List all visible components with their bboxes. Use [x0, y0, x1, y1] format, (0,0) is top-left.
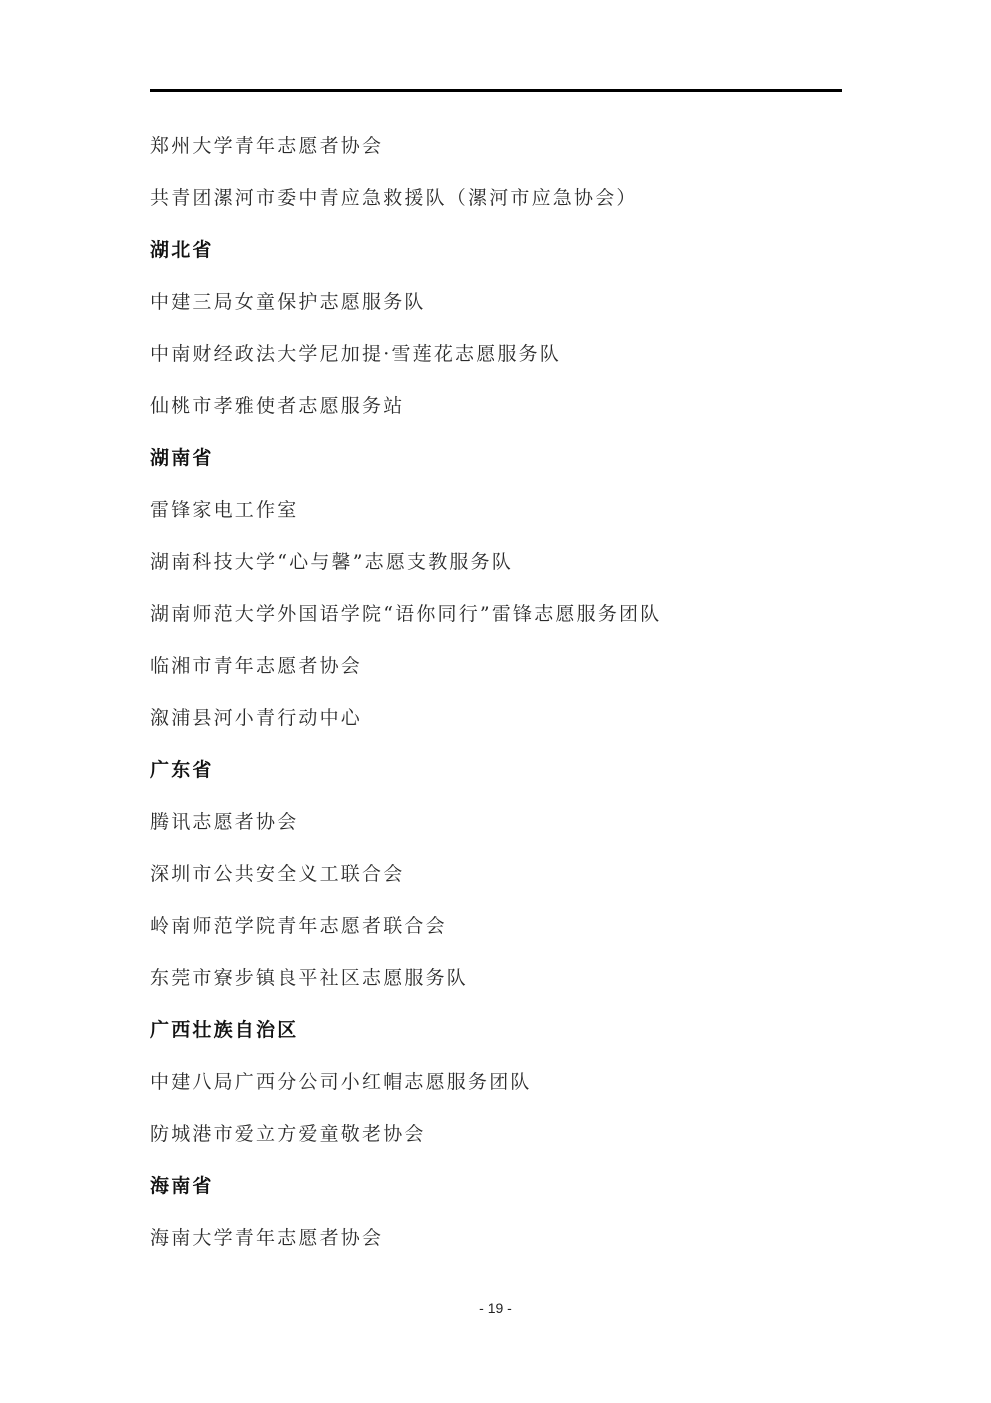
list-item: 深圳市公共安全义工联合会 [150, 848, 850, 900]
list-item: 溆浦县河小青行动中心 [150, 692, 850, 744]
list-item: 海南大学青年志愿者协会 [150, 1212, 850, 1264]
list-item: 湖南师范大学外国语学院“语你同行”雷锋志愿服务团队 [150, 588, 850, 640]
list-item: 中南财经政法大学尼加提·雪莲花志愿服务队 [150, 328, 850, 380]
list-item: 腾讯志愿者协会 [150, 796, 850, 848]
province-heading: 广西壮族自治区 [150, 1004, 850, 1056]
list-item: 共青团漯河市委中青应急救援队（漯河市应急协会） [150, 172, 850, 224]
list-item: 中建八局广西分公司小红帽志愿服务团队 [150, 1056, 850, 1108]
list-item: 湖南科技大学“心与馨”志愿支教服务队 [150, 536, 850, 588]
province-heading: 湖南省 [150, 432, 850, 484]
province-heading: 湖北省 [150, 224, 850, 276]
list-item: 仙桃市孝雅使者志愿服务站 [150, 380, 850, 432]
province-heading: 广东省 [150, 744, 850, 796]
list-item: 临湘市青年志愿者协会 [150, 640, 850, 692]
list-item: 防城港市爱立方爱童敬老协会 [150, 1108, 850, 1160]
list-item: 中建三局女童保护志愿服务队 [150, 276, 850, 328]
list-item: 雷锋家电工作室 [150, 484, 850, 536]
province-heading: 海南省 [150, 1160, 850, 1212]
list-item: 岭南师范学院青年志愿者联合会 [150, 900, 850, 952]
header-rule [150, 89, 842, 92]
page-number: - 19 - [0, 1300, 991, 1316]
document-body: 郑州大学青年志愿者协会 共青团漯河市委中青应急救援队（漯河市应急协会） 湖北省 … [150, 120, 850, 1264]
list-item: 东莞市寮步镇良平社区志愿服务队 [150, 952, 850, 1004]
list-item: 郑州大学青年志愿者协会 [150, 120, 850, 172]
